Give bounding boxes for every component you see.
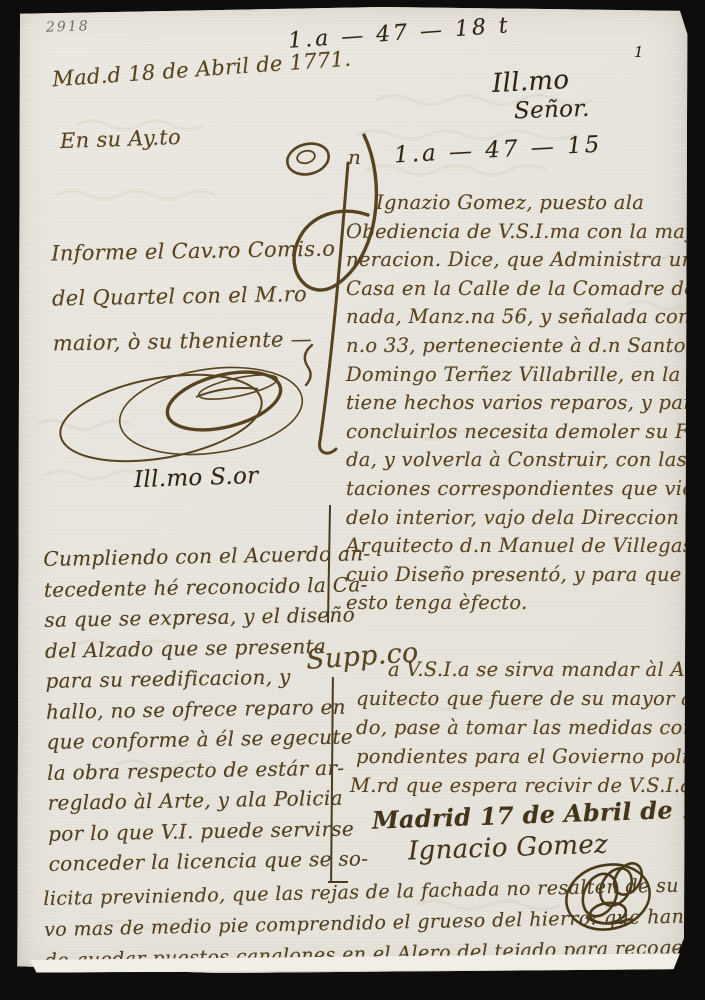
- petition-line: Domingo Terñez Villabrille, en la que: [346, 361, 705, 390]
- petition-line: concluirlos necesita demoler su Facha-: [346, 418, 705, 447]
- petition-docket-numbers: 1.a — 47 — 15: [393, 132, 603, 169]
- report-line: Cumpliendo con el Acuerdo an-: [43, 538, 371, 574]
- petition-line: neracion. Dice, que Administra una: [346, 246, 705, 275]
- petition-line: cuio Diseño presentó, y para que: [346, 561, 705, 590]
- docket-numbers-top: 1.a — 47 — 18 t: [287, 13, 511, 53]
- petition-line: Casa en la Calle de la Comadre de Gra-: [346, 275, 705, 304]
- report-line: conceder la licencia que se so-: [48, 843, 376, 879]
- folio-mark: 1: [634, 43, 644, 61]
- petition-line: da, y volverla à Construir, con las avi-: [346, 446, 705, 475]
- addressee-title: Ill.mo: [491, 65, 570, 99]
- petition-body: Ignazio Gomez, puesto ala Obediencia de …: [346, 189, 705, 618]
- supplication-line: a V.S.I.a se sirva mandar àl Ar-: [356, 655, 705, 684]
- supplication-line: pondientes para el Govierno politico,: [356, 742, 705, 771]
- petition-line: esto tenga èfecto.: [346, 589, 705, 618]
- report-line: que conforme à él se egecute: [46, 721, 374, 757]
- supplication-line: quitecto que fuere de su mayor àgra-: [356, 684, 705, 713]
- scan-background: { "page": { "archival_number": "2918", "…: [0, 0, 705, 1000]
- petition-line: n.o 33, perteneciente à d.n Santos: [346, 332, 705, 361]
- petition-line: delo interior, vajo dela Direccion del: [346, 504, 705, 533]
- decree-salutation: Ill.mo S.or: [134, 463, 259, 493]
- petition-line: tiene hechos varios reparos, y para: [346, 389, 705, 418]
- council-note: En su Ay.to: [60, 125, 182, 153]
- addressee-title-2: Señor.: [514, 96, 590, 125]
- paper-sheet: 2918 Mad.d 18 de Abril de 1771. 1.a — 47…: [16, 5, 688, 975]
- date-annotation: Mad.d 18 de Abril de 1771.: [52, 47, 352, 92]
- supplication-line: do, pase à tomar las medidas corres-: [356, 713, 705, 742]
- supplication-body: a V.S.I.a se sirva mandar àl Ar- quitect…: [356, 655, 705, 800]
- petition-initial-superscript: n: [348, 145, 361, 169]
- report-line: reglado àl Arte, y ala Policia: [47, 782, 375, 818]
- petition-line: Arquitecto d.n Manuel de Villegas,: [346, 532, 705, 561]
- petition-line: Obediencia de V.S.I.ma con la mayor ve-: [346, 218, 705, 247]
- petition-line: Ignazio Gomez, puesto ala: [346, 189, 705, 218]
- report-line: sa que se expresa, y el diseño: [44, 599, 372, 635]
- petition-line: nada, Manz.na 56, y señalada con el: [346, 303, 705, 332]
- inspector-report: Cumpliendo con el Acuerdo an- tecedente …: [43, 538, 376, 879]
- archival-number: 2918: [46, 18, 90, 36]
- petition-line: taciones correspondientes que vienen: [346, 475, 705, 504]
